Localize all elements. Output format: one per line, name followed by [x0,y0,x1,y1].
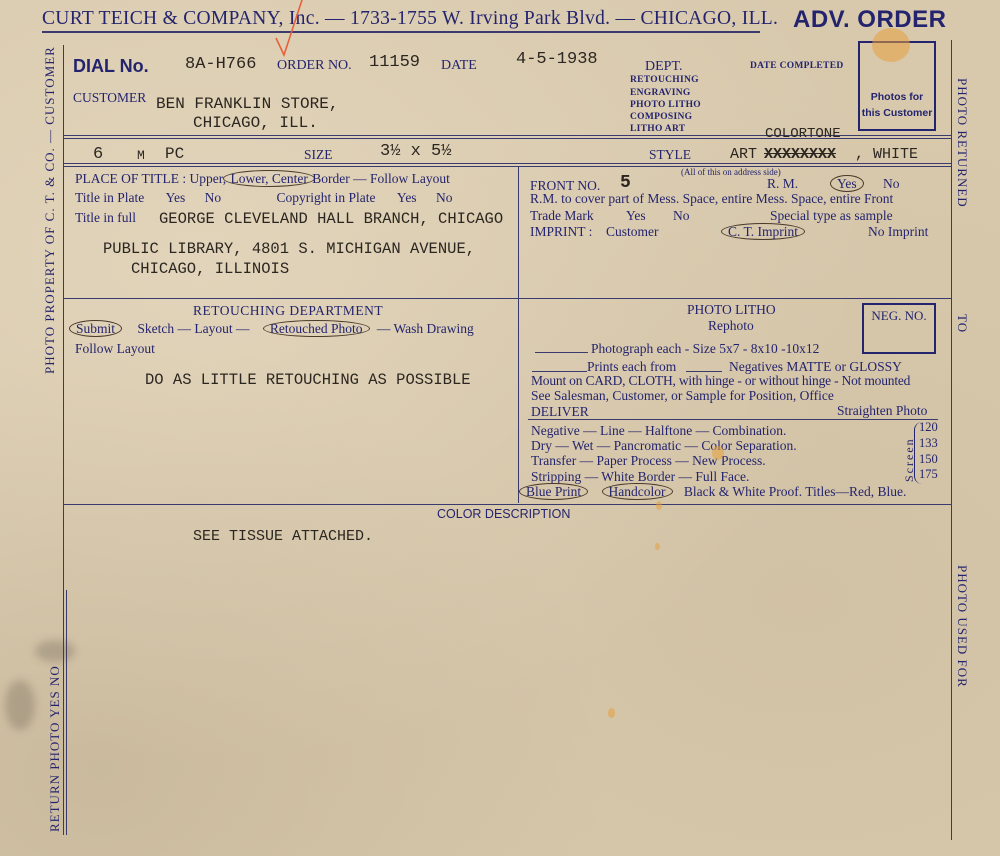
check-mark-icon [272,0,306,58]
front-no-value[interactable]: 5 [620,173,631,193]
left-side-label-property: PHOTO PROPERTY OF C. T. & CO. — CUSTOMER [42,46,58,374]
copyright-yes[interactable]: Yes [397,190,417,205]
photograph-line: Photograph each - Size 5x7 - 8x10 -10x12 [591,341,819,357]
stain-dot [608,708,615,718]
retouching-heading: RETOUCHING DEPARTMENT [193,303,383,319]
address-side-note: (All of this on address side) [681,167,781,177]
spec-divider [63,163,951,167]
mount-line: Mount on CARD, CLOTH, with hinge - or wi… [531,373,910,389]
screen-120[interactable]: 120 [919,420,938,435]
form-title: ADV. ORDER [793,6,946,34]
deliver-divider [528,419,938,420]
wash-drawing[interactable]: — Wash Drawing [377,321,474,336]
coffee-stain [872,28,910,62]
stain-dot [655,543,660,550]
place-border-follow: Border — Follow Layout [312,171,450,186]
style-suffix[interactable]: , WHITE [855,146,918,163]
submit-circled[interactable]: Submit [69,320,122,337]
quantity-value[interactable]: 6 [93,145,103,164]
customer-label: CUSTOMER [73,90,146,106]
right-frame-line [951,40,952,840]
size-label: SIZE [304,147,333,163]
blue-print-circled[interactable]: Blue Print [519,483,588,500]
title-in-full-label: Title in full [75,210,136,226]
order-no-value[interactable]: 11159 [369,53,420,72]
title-line-1[interactable]: GEORGE CLEVELAND HALL BRANCH, CHICAGO [159,210,503,228]
right-side-label-to: TO [954,314,970,333]
photo-litho-heading: PHOTO LITHO [687,302,776,318]
deliver-label: DELIVER [531,404,589,420]
proof-row: Blue Print Handcolor Black & White Proof… [525,484,906,500]
screen-150[interactable]: 150 [919,452,938,467]
title-in-plate-label: Title in Plate [75,190,144,205]
color-description-note[interactable]: SEE TISSUE ATTACHED. [193,528,373,545]
place-of-title-row: PLACE OF TITLE : Upper, Lower, Center Bo… [75,171,450,187]
copyright-no[interactable]: No [436,190,453,205]
screen-175[interactable]: 175 [919,467,938,482]
place-lower-center-circled[interactable]: Lower, Center [223,170,314,187]
rm-yes-circled[interactable]: Yes [836,176,858,192]
photograph-blank[interactable] [535,352,588,353]
dept-item-engraving: ENGRAVING [630,88,691,98]
place-of-title-label: PLACE OF TITLE : Upper, [75,171,226,186]
type-value[interactable]: PC [165,145,184,163]
neg-no-box[interactable]: NEG. NO. [862,303,936,354]
right-side-label-returned: PHOTO RETURNED [954,78,970,208]
date-completed-label: DATE COMPLETED [750,61,844,71]
imprint-label: IMPRINT : [530,224,592,240]
rm-cover-line: R.M. to cover part of Mess. Space, entir… [530,191,893,207]
stain-dot [712,446,724,460]
negative-line: Negative — Line — Halftone — Combination… [531,423,786,439]
title-plate-yes[interactable]: Yes [166,190,186,205]
screen-133[interactable]: 133 [919,436,938,451]
date-label: DATE [441,58,477,74]
dial-value[interactable]: 8A-H766 [185,55,256,74]
dept-item-composing: COMPOSING [630,112,692,122]
color-description-heading: COLOR DESCRIPTION [437,507,570,521]
prints-blank[interactable] [532,371,587,372]
right-side-label-used-for: PHOTO USED FOR [954,565,970,688]
dept-item-photo-litho: PHOTO LITHO [630,100,701,110]
company-header: CURT TEICH & COMPANY, Inc. — 1733-1755 W… [42,8,778,30]
imprint-none[interactable]: No Imprint [868,224,928,240]
customer-line-2[interactable]: CHICAGO, ILL. [193,114,318,132]
transfer-line: Transfer — Paper Process — New Process. [531,453,766,469]
retouching-instruction[interactable]: DO AS LITTLE RETOUCHING AS POSSIBLE [145,371,471,389]
title-plate-no[interactable]: No [205,190,222,205]
date-value[interactable]: 4-5-1938 [516,50,598,69]
proof-line: Black & White Proof. Titles—Red, Blue. [684,484,907,499]
customer-line-1[interactable]: BEN FRANKLIN STORE, [156,95,338,113]
stain-dot [656,501,662,510]
size-value[interactable]: 3½ x 5½ [380,142,451,161]
title-in-plate-row: Title in Plate Yes No Copyright in Plate… [75,190,452,206]
photos-box-line-2: this Customer [860,107,934,119]
trade-mark-no[interactable]: No [673,208,690,224]
dept-item-litho-art: LITHO ART [630,124,685,134]
header-underline [42,31,760,33]
departments-divider [63,298,951,299]
trade-mark-yes[interactable]: Yes [626,208,646,224]
handcolor-circled[interactable]: Handcolor [602,483,673,500]
photo-litho-sub: Rephoto [708,318,754,334]
center-divider [518,167,519,503]
retouched-photo-circled[interactable]: Retouched Photo [263,320,370,337]
unit-value[interactable]: M [137,148,145,163]
sketch-layout[interactable]: Sketch — Layout — [137,321,249,336]
photos-box-line-1: Photos for [860,91,934,103]
style-art[interactable]: ART [730,146,757,163]
special-type-label: Special type as sample [770,208,893,224]
dept-item-retouching: RETOUCHING [630,75,699,85]
imprint-customer[interactable]: Customer [606,224,659,240]
smudge [35,640,75,662]
negatives-blank[interactable] [686,371,722,372]
order-no-label: ORDER NO. [277,58,352,74]
dry-line: Dry — Wet — Pancromatic — Color Separati… [531,438,797,454]
neg-no-label: NEG. NO. [864,308,934,324]
smudge [5,680,35,730]
left-side-label-return-photo: RETURN PHOTO YES NO [47,665,63,832]
imprint-ct-circled[interactable]: C. T. Imprint [727,224,799,240]
rm-label: R. M. [767,176,798,192]
left-bottom-line [66,590,67,835]
follow-layout[interactable]: Follow Layout [75,341,155,357]
color-description-divider [63,504,951,505]
title-line-2[interactable]: PUBLIC LIBRARY, 4801 S. MICHIGAN AVENUE, [103,240,475,258]
straighten-photo: Straighten Photo [837,403,927,419]
dial-label: DIAL No. [73,56,149,77]
salesman-line: See Salesman, Customer, or Sample for Po… [531,388,834,404]
copyright-in-plate-label: Copyright in Plate [277,190,376,205]
trade-mark-label: Trade Mark [530,208,594,224]
style-overtype[interactable]: COLORTONE [765,126,841,142]
title-line-3[interactable]: CHICAGO, ILLINOIS [131,260,289,278]
style-label: STYLE [649,147,691,163]
style-struck[interactable]: XXXXXXXX [764,146,836,163]
rm-no[interactable]: No [883,176,900,192]
retouching-options-row: Submit Sketch — Layout — Retouched Photo… [75,321,474,337]
dept-label: DEPT. [645,59,682,75]
